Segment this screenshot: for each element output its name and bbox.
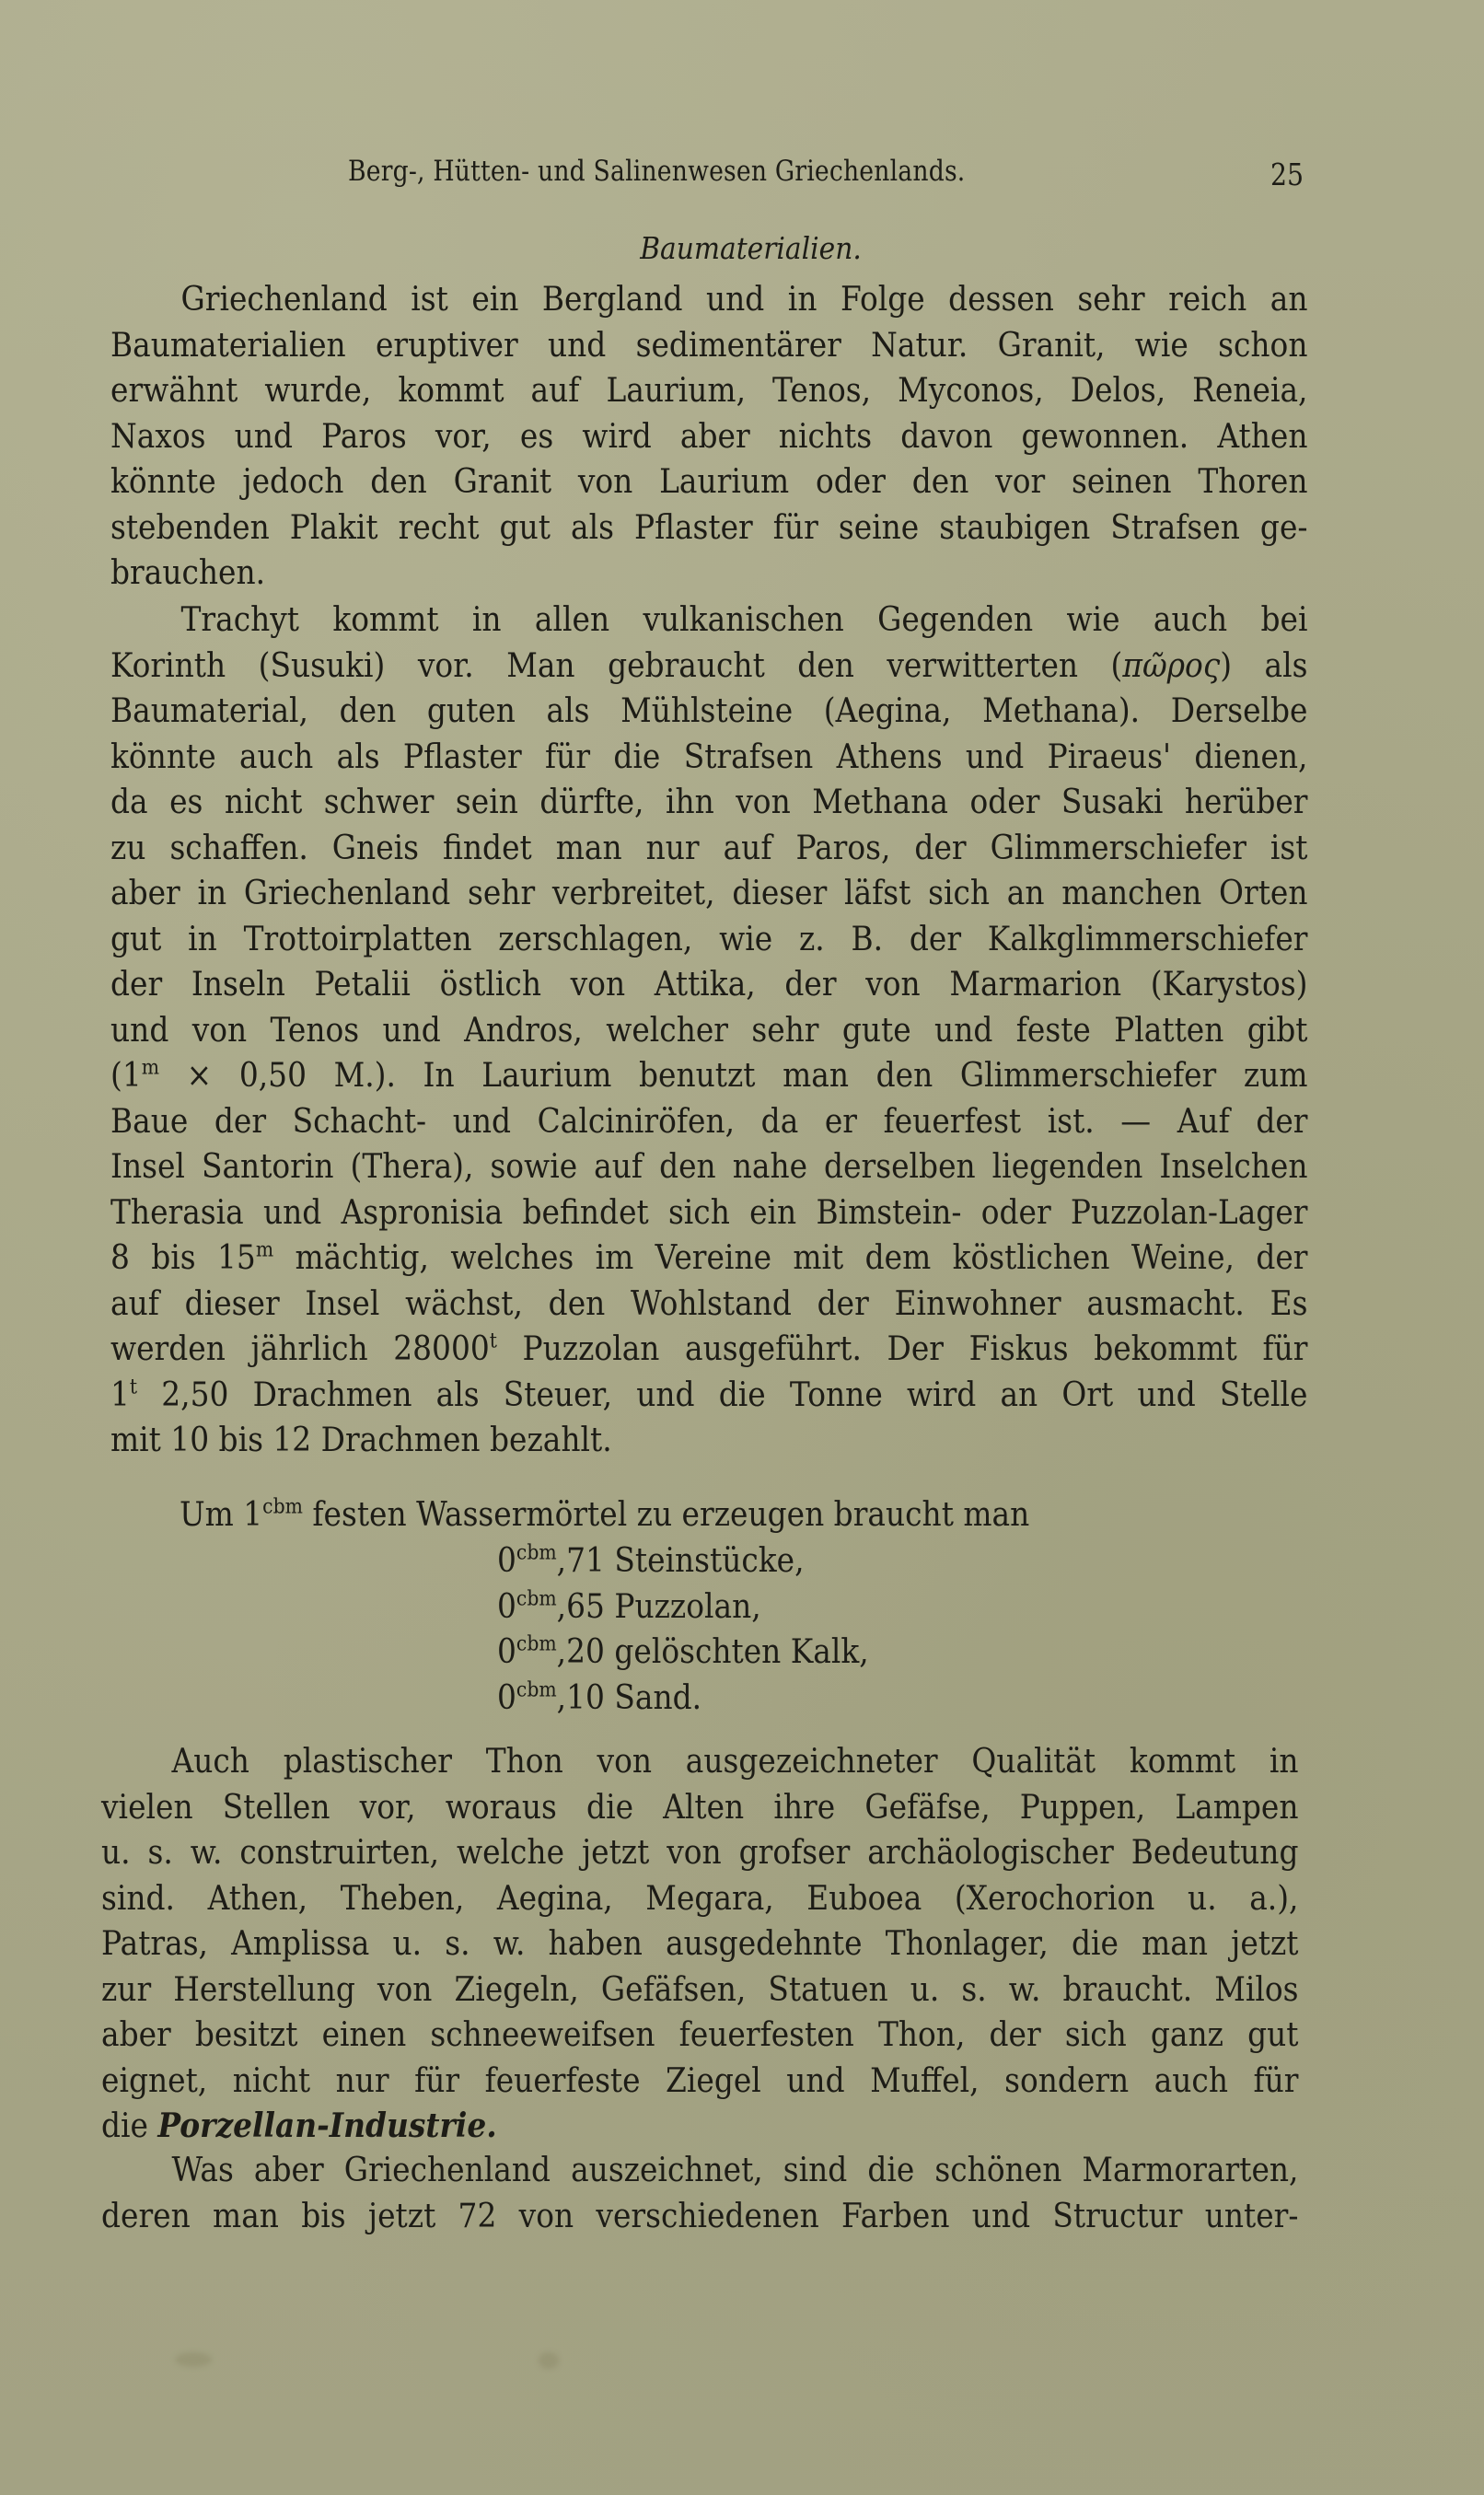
text-line: 8 bis 15m mächtig, welches im Vereine mi… — [110, 1235, 1308, 1281]
unit-superscript: cbm — [516, 1631, 557, 1655]
emphasis-porzellan-industrie: Porzellan-Industrie. — [157, 2106, 496, 2145]
paragraph-granit: Griechenland ist ein Bergland und in Fol… — [110, 276, 1307, 596]
greek-word: πῶρος — [1122, 645, 1220, 685]
text-line: aber besitzt einen schneeweifsen feuerfe… — [101, 2012, 1299, 2058]
unit-superscript: m — [256, 1237, 273, 1261]
amount-integer: 0 — [497, 1586, 516, 1626]
unit-superscript: t — [490, 1329, 497, 1352]
text-line: sind. Athen, Theben, Aegina, Megara, Eub… — [101, 1875, 1299, 1921]
text-line: zur Herstellung von Ziegeln, Gefäfsen, S… — [101, 1967, 1299, 2013]
amount-integer: 0 — [497, 1540, 516, 1580]
text-line: werden jährlich 28000t Puzzolan ausgefüh… — [110, 1326, 1308, 1372]
running-head: Berg-, Hütten- und Salinenwesen Griechen… — [348, 155, 1179, 201]
amount-decimal: ,20 — [557, 1631, 605, 1671]
amount-decimal: ,71 — [557, 1540, 605, 1580]
text-line: 1t 2,50 Drachmen als Steuer, und die Ton… — [110, 1372, 1308, 1418]
text-fragment: 8 bis 15 — [110, 1237, 256, 1277]
recipe-lead: Um 1cbm festen Wassermörtel zu erzeugen … — [180, 1491, 1029, 1538]
mortar-recipe: Um 1cbm festen Wassermörtel zu erzeugen … — [180, 1491, 1124, 1538]
paragraph-marmor: Was aber Griechenland auszeichnet, sind … — [101, 2147, 1298, 2238]
text-line: gut in Trottoirplatten zerschlagen, wie … — [110, 916, 1308, 962]
text-line: mit 10 bis 12 Drachmen bezahlt. — [110, 1417, 1308, 1463]
text-line: Was aber Griechenland auszeichnet, sind … — [101, 2147, 1299, 2193]
text-line: Korinth (Susuki) vor. Man gebraucht den … — [110, 643, 1308, 689]
text-line: die Porzellan-Industrie. — [101, 2103, 1299, 2149]
recipe-item: 0cbm,65 Puzzolan, — [497, 1584, 869, 1630]
page-number: 25 — [1270, 157, 1304, 192]
ingredient-label: Steinstücke, — [605, 1540, 805, 1580]
unit-superscript: m — [142, 1055, 159, 1079]
text-line: u. s. w. construirten, welche jetzt von … — [101, 1829, 1299, 1875]
amount-decimal: ,10 — [557, 1677, 605, 1717]
text-fragment: 2,50 Drachmen als Steuer, und die Tonne … — [137, 1375, 1307, 1414]
text-fragment: × 0,50 M.). In Laurium benutzt man den G… — [159, 1055, 1307, 1095]
text-line: der Inseln Petalii östlich von Attika, d… — [110, 961, 1308, 1007]
text-line: könnte auch als Pflaster für die Strafse… — [110, 734, 1308, 780]
paragraph-thon: Auch plastischer Thon von ausgezeichnete… — [101, 1738, 1298, 2149]
text-line: Baumaterialien eruptiver und sedimentäre… — [110, 322, 1308, 368]
recipe-item: 0cbm,20 gelöschten Kalk, — [497, 1629, 869, 1675]
text-line: eignet, nicht nur für feuerfeste Ziegel … — [101, 2058, 1299, 2104]
text-line: da es nicht schwer sein dürfte, ihn von … — [110, 779, 1308, 825]
text-fragment: die — [101, 2106, 157, 2145]
text-line: vielen Stellen vor, woraus die Alten ihr… — [101, 1784, 1299, 1830]
amount-decimal: ,65 — [557, 1586, 605, 1626]
text-fragment: mächtig, welches im Vereine mit dem köst… — [273, 1237, 1307, 1277]
text-line: Trachyt kommt in allen vulkanischen Gege… — [110, 597, 1308, 643]
text-line: aber in Griechenland sehr verbreitet, di… — [110, 870, 1308, 916]
ingredient-label: Sand. — [605, 1677, 701, 1717]
text-line: erwähnt wurde, kommt auf Laurium, Tenos,… — [110, 367, 1308, 413]
text-line: Patras, Amplissa u. s. w. haben ausgedeh… — [101, 1921, 1299, 1967]
text-fragment: 1 — [110, 1375, 130, 1414]
running-title: Berg-, Hütten- und Salinenwesen Griechen… — [348, 155, 965, 188]
unit-superscript: cbm — [516, 1677, 557, 1701]
text-line: Auch plastischer Thon von ausgezeichnete… — [101, 1738, 1299, 1784]
recipe-item: 0cbm,10 Sand. — [497, 1675, 869, 1721]
text-fragment: (1 — [110, 1055, 142, 1095]
unit-superscript: cbm — [262, 1494, 303, 1518]
amount-integer: 0 — [497, 1631, 516, 1671]
text-line: Therasia und Aspronisia befindet sich ei… — [110, 1189, 1308, 1236]
amount-integer: 0 — [497, 1677, 516, 1717]
text-line: auf dieser Insel wächst, den Wohlstand d… — [110, 1281, 1308, 1327]
unit-superscript: cbm — [516, 1540, 557, 1564]
recipe-items: 0cbm,71 Steinstücke, 0cbm,65 Puzzolan, 0… — [497, 1538, 910, 1720]
unit-superscript: cbm — [516, 1586, 557, 1610]
book-page: Berg-, Hütten- und Salinenwesen Griechen… — [0, 0, 1484, 2495]
text-line: brauchen. — [110, 550, 1308, 596]
text-line: Baumaterial, den guten als Mühlsteine (A… — [110, 688, 1308, 734]
text-line: deren man bis jetzt 72 von verschiedenen… — [101, 2193, 1299, 2239]
recipe-item: 0cbm,71 Steinstücke, — [497, 1538, 869, 1584]
paper-stain — [175, 2352, 212, 2367]
text-line: stebenden Plakit recht gut als Pflaster … — [110, 505, 1308, 551]
ingredient-label: gelöschten Kalk, — [605, 1631, 869, 1671]
text-fragment: Um 1 — [180, 1494, 262, 1534]
paper-stain — [539, 2352, 559, 2369]
text-line: Insel Santorin (Thera), sowie auf den na… — [110, 1143, 1308, 1189]
text-line: könnte jedoch den Granit von Laurium ode… — [110, 458, 1308, 505]
text-line: zu schaffen. Gneis findet man nur auf Pa… — [110, 825, 1308, 871]
text-line: (1m × 0,50 M.). In Laurium benutzt man d… — [110, 1052, 1308, 1098]
section-title: Baumaterialien. — [75, 230, 1419, 266]
text-line: Baue der Schacht- und Calciniröfen, da e… — [110, 1098, 1308, 1144]
text-line: Naxos und Paros vor, es wird aber nichts… — [110, 413, 1308, 459]
text-fragment: Puzzolan ausgeführt. Der Fiskus bekommt … — [497, 1329, 1308, 1368]
text-fragment: festen Wassermörtel zu erzeugen braucht … — [303, 1494, 1029, 1534]
text-fragment: werden jährlich 28000 — [110, 1329, 490, 1368]
text-line: und von Tenos und Andros, welcher sehr g… — [110, 1007, 1308, 1053]
text-fragment: ) als — [1220, 645, 1307, 685]
ingredient-label: Puzzolan, — [605, 1586, 761, 1626]
text-fragment: Korinth (Susuki) vor. Man gebraucht den … — [110, 645, 1122, 685]
text-line: Griechenland ist ein Bergland und in Fol… — [110, 276, 1308, 322]
paragraph-trachyt: Trachyt kommt in allen vulkanischen Gege… — [110, 597, 1307, 1463]
